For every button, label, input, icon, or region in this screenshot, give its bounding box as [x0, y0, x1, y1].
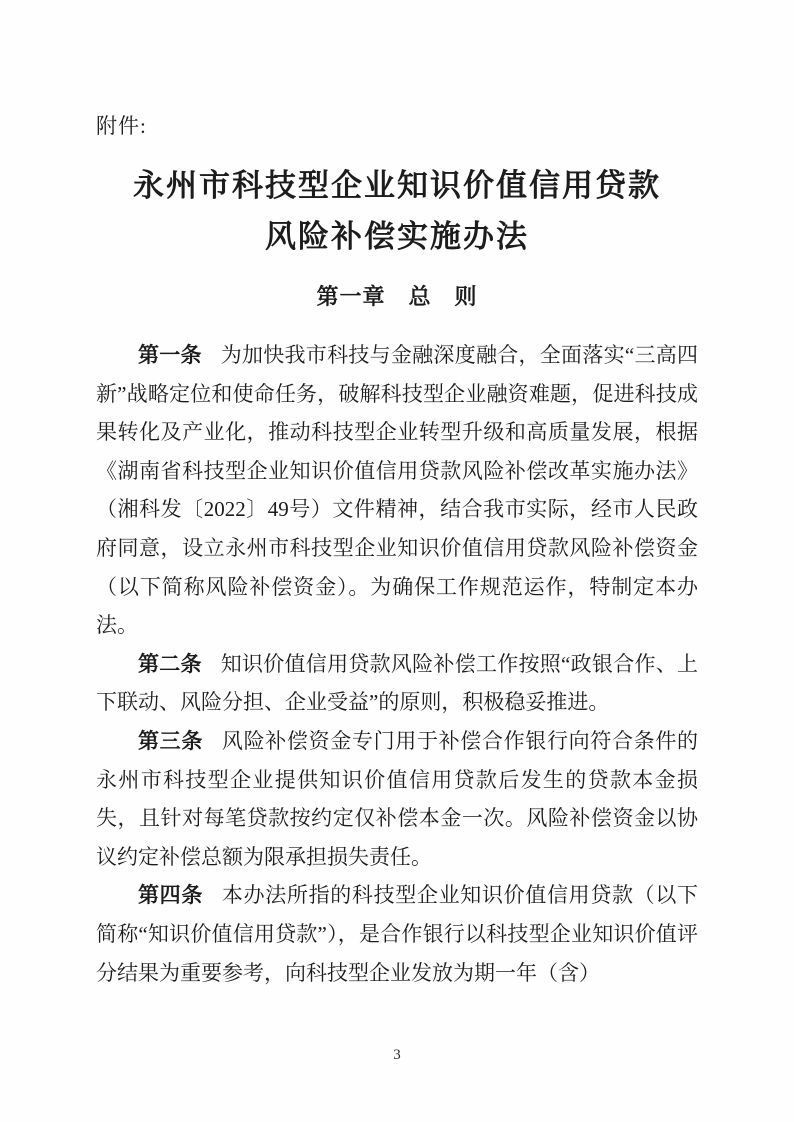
paragraph-article-4: 第四条本办法所指的科技型企业知识价值信用贷款（以下简称“知识价值信用贷款”），是…: [96, 876, 698, 992]
article-1-number: 第一条: [138, 343, 202, 367]
article-4-number: 第四条: [138, 883, 203, 907]
paragraph-article-1: 第一条为加快我市科技与金融深度融合，全面落实“三高四新”战略定位和使命任务，破解…: [96, 336, 698, 645]
page-number: 3: [0, 1047, 794, 1064]
document-body: 第一条为加快我市科技与金融深度融合，全面落实“三高四新”战略定位和使命任务，破解…: [96, 336, 698, 992]
chapter-heading: 第一章 总 则: [0, 280, 794, 311]
document-title: 永州市科技型企业知识价值信用贷款 风险补偿实施办法: [0, 160, 794, 262]
document-page: 附件: 永州市科技型企业知识价值信用贷款 风险补偿实施办法 第一章 总 则 第一…: [0, 0, 794, 1122]
article-3-number: 第三条: [138, 729, 203, 753]
paragraph-article-3: 第三条风险补偿资金专门用于补偿合作银行向符合条件的永州市科技型企业提供知识价值信…: [96, 722, 698, 876]
document-title-line-2: 风险补偿实施办法: [0, 211, 794, 262]
article-1-text: 为加快我市科技与金融深度融合，全面落实“三高四新”战略定位和使命任务，破解科技型…: [96, 343, 698, 637]
document-title-line-1: 永州市科技型企业知识价值信用贷款: [0, 160, 794, 211]
paragraph-article-2: 第二条知识价值信用贷款风险补偿工作按照“政银合作、上下联动、风险分担、企业受益”…: [96, 645, 698, 722]
attachment-label: 附件:: [96, 110, 147, 140]
article-2-number: 第二条: [138, 652, 202, 676]
